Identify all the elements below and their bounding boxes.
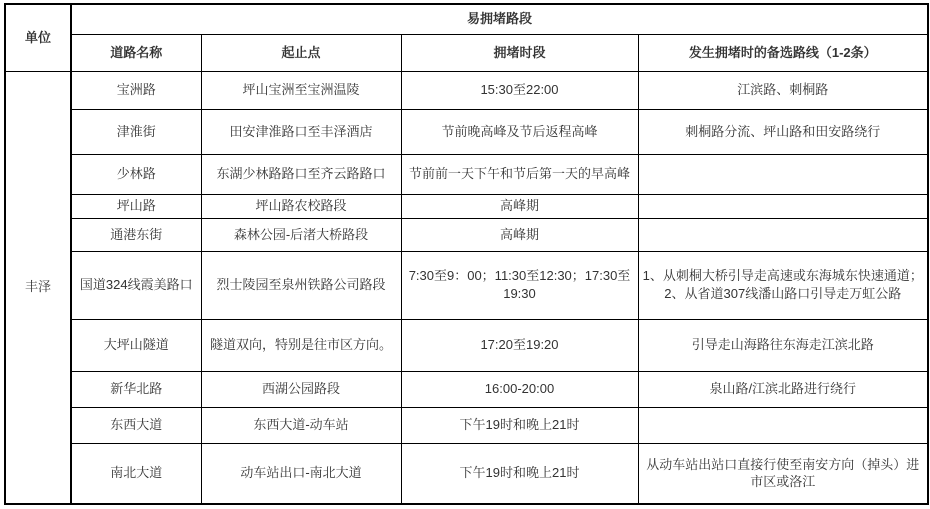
- table-row: 南北大道 动车站出口-南北大道 下午19时和晚上21时 从动车站出站口直接行使至…: [5, 443, 928, 504]
- cell-road: 国道324线霞美路口: [71, 251, 201, 319]
- column-header-road: 道路名称: [71, 34, 201, 71]
- cell-road: 少林路: [71, 154, 201, 194]
- cell-road: 东西大道: [71, 407, 201, 443]
- table-row: 少林路 东湖少林路路口至齐云路路口 节前前一天下午和节后第一天的早高峰: [5, 154, 928, 194]
- table-row: 津淮街 田安津淮路口至丰泽酒店 节前晚高峰及节后返程高峰 刺桐路分流、坪山路和田…: [5, 109, 928, 154]
- cell-section: 坪山路农校路段: [201, 194, 401, 218]
- cell-section: 东湖少林路路口至齐云路路口: [201, 154, 401, 194]
- cell-alt-route: 引导走山海路往东海走江滨北路: [638, 319, 928, 371]
- cell-road: 宝洲路: [71, 71, 201, 109]
- cell-time: 16:00-20:00: [401, 371, 638, 407]
- cell-time: 节前晚高峰及节后返程高峰: [401, 109, 638, 154]
- cell-section: 动车站出口-南北大道: [201, 443, 401, 504]
- cell-alt-route: [638, 407, 928, 443]
- cell-alt-route: 1、从刺桐大桥引导走高速或东海城东快速通道； 2、从省道307线潘山路口引导走万…: [638, 251, 928, 319]
- cell-section: 东西大道-动车站: [201, 407, 401, 443]
- cell-time: 高峰期: [401, 218, 638, 251]
- table-row: 坪山路 坪山路农校路段 高峰期: [5, 194, 928, 218]
- cell-section: 隧道双向，特别是往市区方向。: [201, 319, 401, 371]
- cell-alt-route: [638, 154, 928, 194]
- cell-section: 森林公园-后渚大桥路段: [201, 218, 401, 251]
- cell-road: 南北大道: [71, 443, 201, 504]
- cell-section: 西湖公园路段: [201, 371, 401, 407]
- table-row: 新华北路 西湖公园路段 16:00-20:00 泉山路/江滨北路进行绕行: [5, 371, 928, 407]
- cell-time: 节前前一天下午和节后第一天的早高峰: [401, 154, 638, 194]
- congestion-table: 单位 易拥堵路段 道路名称 起止点 拥堵时段 发生拥堵时的备选路线（1-2条） …: [4, 3, 929, 505]
- cell-road: 津淮街: [71, 109, 201, 154]
- unit-column-header: 单位: [5, 4, 71, 71]
- cell-time: 7:30至9：00；11:30至12:30；17:30至 19:30: [401, 251, 638, 319]
- column-header-alt-route: 发生拥堵时的备选路线（1-2条）: [638, 34, 928, 71]
- cell-road: 新华北路: [71, 371, 201, 407]
- cell-time: 17:20至19:20: [401, 319, 638, 371]
- table-row: 通港东街 森林公园-后渚大桥路段 高峰期: [5, 218, 928, 251]
- table-row: 大坪山隧道 隧道双向，特别是往市区方向。 17:20至19:20 引导走山海路往…: [5, 319, 928, 371]
- cell-road: 大坪山隧道: [71, 319, 201, 371]
- column-header-section: 起止点: [201, 34, 401, 71]
- cell-time: 下午19时和晚上21时: [401, 407, 638, 443]
- cell-road: 通港东街: [71, 218, 201, 251]
- cell-time: 高峰期: [401, 194, 638, 218]
- unit-cell: 丰泽: [5, 71, 71, 504]
- cell-section: 烈士陵园至泉州铁路公司路段: [201, 251, 401, 319]
- cell-alt-route: 江滨路、刺桐路: [638, 71, 928, 109]
- cell-time: 15:30至22:00: [401, 71, 638, 109]
- table-row: 丰泽 宝洲路 坪山宝洲至宝洲温陵 15:30至22:00 江滨路、刺桐路: [5, 71, 928, 109]
- cell-alt-route: [638, 194, 928, 218]
- cell-alt-route: 从动车站出站口直接行使至南安方向（掉头）进 市区或洛江: [638, 443, 928, 504]
- cell-alt-route: [638, 218, 928, 251]
- cell-alt-route: 泉山路/江滨北路进行绕行: [638, 371, 928, 407]
- cell-road: 坪山路: [71, 194, 201, 218]
- group-header: 易拥堵路段: [71, 4, 928, 34]
- cell-section: 田安津淮路口至丰泽酒店: [201, 109, 401, 154]
- column-header-time: 拥堵时段: [401, 34, 638, 71]
- cell-alt-route: 刺桐路分流、坪山路和田安路绕行: [638, 109, 928, 154]
- table-row: 东西大道 东西大道-动车站 下午19时和晚上21时: [5, 407, 928, 443]
- cell-section: 坪山宝洲至宝洲温陵: [201, 71, 401, 109]
- cell-time: 下午19时和晚上21时: [401, 443, 638, 504]
- table-row: 国道324线霞美路口 烈士陵园至泉州铁路公司路段 7:30至9：00；11:30…: [5, 251, 928, 319]
